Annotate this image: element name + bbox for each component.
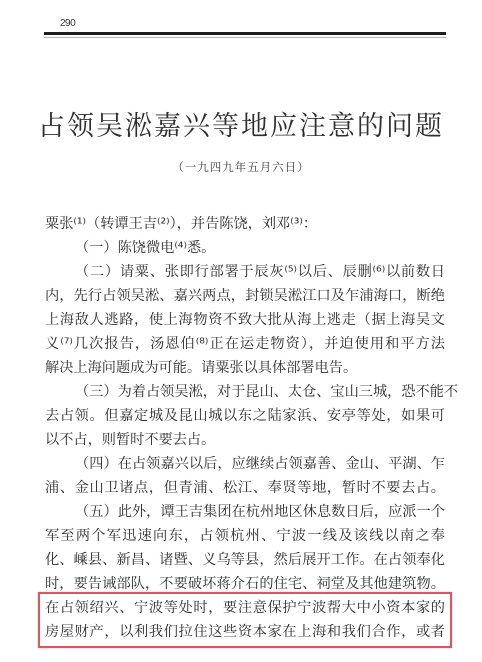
line-text: （三）为着占领吴淞，对于昆山、太仓、宝山三城，恐不能不 (75, 384, 458, 400)
body-line: （二）请粟、张即行部署于辰灰⁽⁵⁾以后、辰删⁽⁶⁾以前数日 (45, 260, 445, 284)
body-line: 粟张⁽¹⁾（转谭王吉⁽²⁾），并告陈饶，刘邓⁽³⁾： (45, 212, 445, 236)
line-text: 粟张⁽¹⁾（转谭王吉⁽²⁾），并告陈饶，刘邓⁽³⁾： (45, 216, 317, 232)
line-text: 化、嵊县、新昌、诸暨、义乌等县，然后展开工作。在占领奉化 (45, 552, 445, 568)
document-title: 占领吴淞嘉兴等地应注意的问题 (0, 104, 482, 143)
body-line: 时，要告诫部队，不要破坏蒋介石的住宅、祠堂及其他建筑物。 (45, 572, 445, 596)
line-text: 去占领。但嘉定城及昆山城以东之陆家浜、安亭等处，如果可 (45, 408, 445, 424)
body-line: 解决上海问题成为可能。请粟张以具体部署电告。 (45, 356, 445, 380)
body-line: 去占领。但嘉定城及昆山城以东之陆家浜、安亭等处，如果可 (45, 404, 445, 428)
line-text: （五）此外，谭王吉集团在杭州地区休息数日后，应派一个 (75, 504, 445, 520)
body-line: 以不占，则暂时不要去占。 (45, 428, 445, 452)
document-date: （一九四九年五月六日） (0, 159, 482, 175)
line-text: （二）请粟、张即行部署于辰灰⁽⁵⁾以后、辰删⁽⁶⁾以前数日 (75, 264, 445, 280)
header-rule-thick (44, 32, 446, 35)
line-text: （四）在占领嘉兴以后，应继续占领嘉善、金山、平湖、乍 (75, 456, 445, 472)
line-text: 以不占，则暂时不要去占。 (45, 432, 215, 448)
page-number: 290 (60, 18, 75, 29)
body-line: 浦、金山卫诸点，但青浦、松江、奉贤等地，暂时不要去占。 (45, 476, 445, 500)
body-line: 义⁽⁷⁾几次报告，汤恩伯⁽⁸⁾正在运走物资），并迫使用和平方法 (45, 332, 445, 356)
highlighted-line: 房屋财产，以利我们拉住这些资本家在上海和我们合作，或者 (45, 620, 445, 644)
line-text: 房屋财产，以利我们拉住这些资本家在上海和我们合作，或者 (45, 624, 445, 640)
body-line: （一）陈饶微电⁽⁴⁾悉。 (45, 236, 445, 260)
header-rule-thin (44, 37, 446, 38)
line-text: 上海敌人逃路，使上海物资不致大批从海上逃走（据上海吴文 (45, 312, 445, 328)
body-line: （五）此外，谭王吉集团在杭州地区休息数日后，应派一个 (45, 500, 445, 524)
line-text: （一）陈饶微电⁽⁴⁾悉。 (75, 240, 215, 256)
body-line: 化、嵊县、新昌、诸暨、义乌等县，然后展开工作。在占领奉化 (45, 548, 445, 572)
line-text: 浦、金山卫诸点，但青浦、松江、奉贤等地，暂时不要去占。 (45, 480, 445, 496)
line-text: 内，先行占领吴淞、嘉兴两点，封锁吴淞江口及乍浦海口，断绝 (45, 288, 445, 304)
body-line: 内，先行占领吴淞、嘉兴两点，封锁吴淞江口及乍浦海口，断绝 (45, 284, 445, 308)
line-text: 时，要告诫部队，不要破坏蒋介石的住宅、祠堂及其他建筑物。 (45, 576, 445, 592)
highlighted-line: 在占领绍兴、宁波等处时，要注意保护宁波帮大中小资本家的 (45, 596, 445, 620)
body-line: （四）在占领嘉兴以后，应继续占领嘉善、金山、平湖、乍 (45, 452, 445, 476)
document-body: 粟张⁽¹⁾（转谭王吉⁽²⁾），并告陈饶，刘邓⁽³⁾： （一）陈饶微电⁽⁴⁾悉。 … (45, 212, 445, 644)
body-line: 军至两个军迅速向东，占领杭州、宁波一线及该线以南之奉 (45, 524, 445, 548)
body-line: （三）为着占领吴淞，对于昆山、太仓、宝山三城，恐不能不 (45, 380, 445, 404)
line-text: 军至两个军迅速向东，占领杭州、宁波一线及该线以南之奉 (45, 528, 445, 544)
body-line: 上海敌人逃路，使上海物资不致大批从海上逃走（据上海吴文 (45, 308, 445, 332)
line-text: 在占领绍兴、宁波等处时，要注意保护宁波帮大中小资本家的 (45, 600, 445, 616)
line-text: 义⁽⁷⁾几次报告，汤恩伯⁽⁸⁾正在运走物资），并迫使用和平方法 (45, 336, 445, 352)
line-text: 解决上海问题成为可能。请粟张以具体部署电告。 (45, 360, 357, 376)
